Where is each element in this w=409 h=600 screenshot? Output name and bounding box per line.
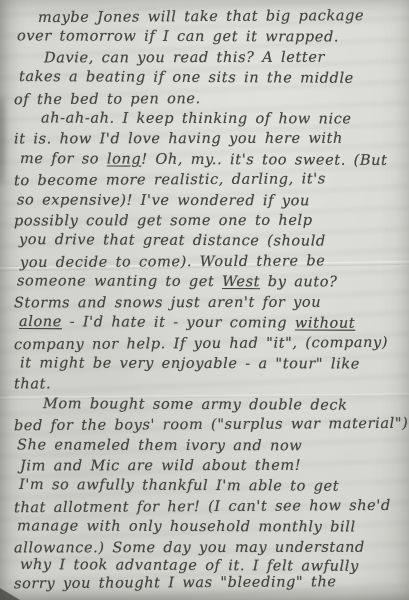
letter-line: maybe Jones will take that big package <box>14 6 403 29</box>
letter-text: you drive that great distance (should <box>19 232 326 250</box>
letter-line: takes a beating if one sits in the middl… <box>19 67 403 89</box>
letter-text: someone wanting to get <box>17 274 222 291</box>
letter-text: Storms and snows just aren't for you <box>14 294 321 311</box>
underlined-word: without <box>295 316 355 332</box>
letter-text: takes a beating if one sits in the middl… <box>19 69 354 87</box>
underlined-word: West <box>222 274 260 290</box>
letter-line: possibly could get some one to help <box>14 211 403 232</box>
letter-text: why I took advantage of it. I felt awful… <box>20 557 359 575</box>
letter-line: me for so long! Oh, my.. it's too sweet.… <box>20 149 403 171</box>
letter-line: alone - I'd hate it - your coming withou… <box>19 312 403 334</box>
letter-text: Jim and Mic are wild about them! <box>20 458 301 475</box>
letter-text: that. <box>14 377 51 393</box>
letter-line: it might be very enjoyable - a "tour" li… <box>20 353 403 375</box>
letter-line: Storms and snows just aren't for you <box>14 292 403 313</box>
letter-line: sorry you thought I was "bleeding" the <box>14 574 403 594</box>
letter-text: Mom bought some army double deck <box>43 396 348 414</box>
letter-line: that allotment for her! (I can't see how… <box>14 496 403 519</box>
letter-line: you decide to come). Would there be <box>20 251 403 274</box>
letter-text: by auto? <box>260 274 337 290</box>
letter-text: possibly could get some one to help <box>14 213 313 230</box>
letter-text: so expensive)! I've wondered if you <box>17 192 310 209</box>
letter-text: maybe Jones will take that big package <box>38 8 364 26</box>
letter-line: She enameled them ivory and now <box>17 435 403 457</box>
letter-line: that. <box>14 374 403 395</box>
letter-line: allowance.) Some day you may understand <box>14 537 403 558</box>
letter-text: manage with only household monthly bill <box>17 519 356 536</box>
letter-scan-page: maybe Jones will take that big packageov… <box>0 0 409 600</box>
letter-text: of the bed to pen one. <box>14 91 201 108</box>
letter-text: over tomorrow if I can get it wrapped. <box>17 29 339 46</box>
letter-line: it is. how I'd love having you here with <box>14 129 403 150</box>
letter-body: maybe Jones will take that big packageov… <box>0 0 409 600</box>
letter-line: Jim and Mic are wild about them! <box>20 456 403 477</box>
letter-text: ! Oh, my.. it's too sweet. (But <box>141 151 387 168</box>
letter-line: I'm so awfully thankful I'm able to get <box>19 475 403 497</box>
letter-text: to become more realistic, darling, it's <box>14 172 326 190</box>
letter-text: it is. how I'd love having you here with <box>14 131 343 148</box>
letter-text: it might be very enjoyable - a "tour" li… <box>20 355 360 372</box>
letter-line: ah-ah-ah. I keep thinking of how nice <box>17 108 403 130</box>
letter-text: Davie, can you read this? A letter <box>44 50 325 67</box>
letter-line: to become more realistic, darling, it's <box>14 169 403 192</box>
letter-line: company nor help. If you had "it", (comp… <box>14 332 403 355</box>
letter-line: so expensive)! I've wondered if you <box>17 190 403 212</box>
underlined-word: long <box>107 151 141 167</box>
letter-line: over tomorrow if I can get it wrapped. <box>17 27 403 49</box>
letter-line: Mom bought some army double deck <box>19 394 403 416</box>
letter-line: Davie, can you read this? A letter <box>20 47 403 68</box>
letter-text: bed for the boys' room ("surplus war mat… <box>14 416 409 434</box>
letter-text: that allotment for her! (I can't see how… <box>14 498 391 516</box>
letter-line: of the bed to pen one. <box>14 87 403 110</box>
letter-text: She enameled them ivory and now <box>17 437 302 454</box>
letter-text: sorry you thought I was "bleeding" the <box>14 575 337 593</box>
letter-text: - I'd hate it - your coming <box>62 314 295 331</box>
letter-text: me for so <box>20 151 107 167</box>
letter-line: someone wanting to get West by auto? <box>17 272 403 294</box>
letter-line: manage with only household monthly bill <box>17 517 403 539</box>
letter-line: bed for the boys' room ("surplus war mat… <box>14 414 403 437</box>
letter-text: company nor help. If you had "it", (comp… <box>14 334 388 352</box>
letter-text: you decide to come). Would there be <box>20 253 326 271</box>
letter-text: ah-ah-ah. I keep thinking of how nice <box>41 111 352 128</box>
letter-text: I'm so awfully thankful I'm able to get <box>19 477 339 495</box>
underlined-word: alone <box>19 314 62 330</box>
letter-line: you drive that great distance (should <box>19 230 403 252</box>
letter-text: allowance.) Some day you may understand <box>14 539 365 556</box>
